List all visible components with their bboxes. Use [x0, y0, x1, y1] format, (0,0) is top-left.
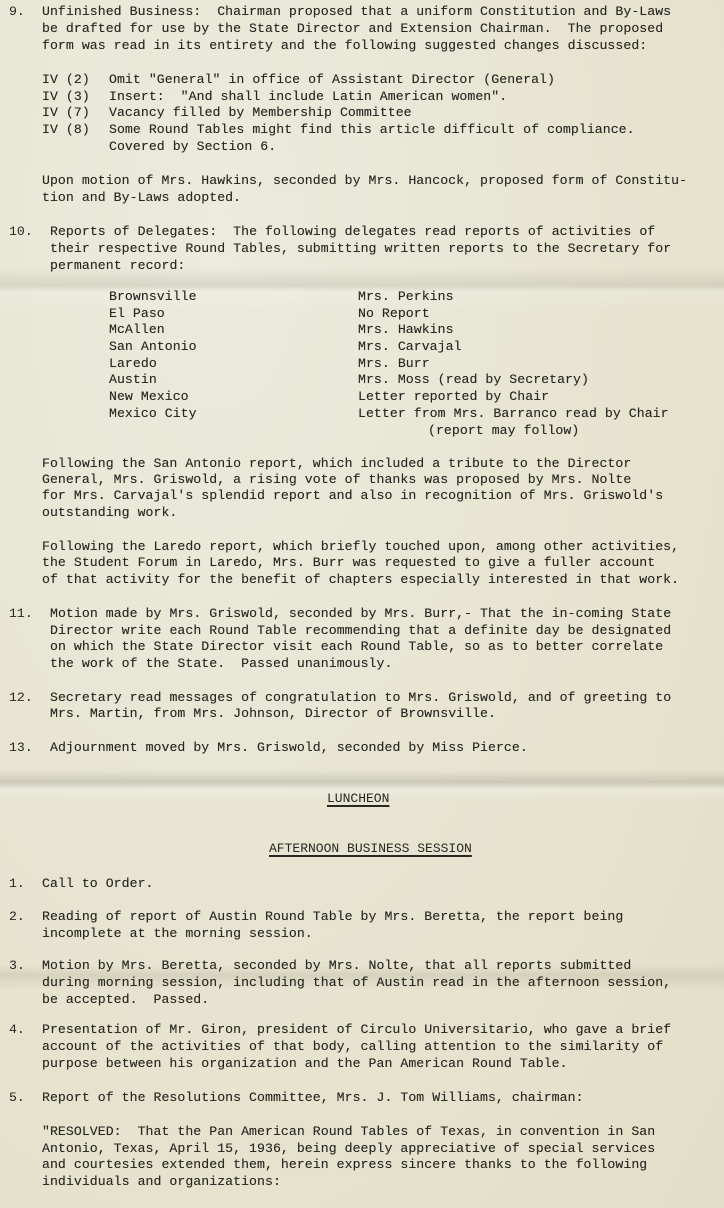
item-number: 2.	[9, 909, 25, 925]
change-text: Vacancy filled by Membership Committee	[109, 105, 412, 121]
paragraph-line: Following the San Antonio report, which …	[42, 456, 631, 472]
delegate-report: Mrs. Carvajal	[358, 339, 462, 355]
resolution-line: individuals and organizations:	[42, 1174, 281, 1190]
item-text-line: their respective Round Tables, submittin…	[50, 241, 671, 257]
resolution-line: "RESOLVED: That the Pan American Round T…	[42, 1124, 655, 1140]
change-text: Insert: "And shall include Latin America…	[109, 89, 507, 105]
delegate-report: Mrs. Moss (read by Secretary)	[358, 372, 589, 388]
delegate-place: Brownsville	[109, 289, 197, 305]
item-text-line: Adjournment moved by Mrs. Griswold, seco…	[50, 740, 528, 756]
item-text-line: Mrs. Martin, from Mrs. Johnson, Director…	[50, 706, 496, 722]
item-text-line: Report of the Resolutions Committee, Mrs…	[42, 1090, 584, 1106]
motion-line: Upon motion of Mrs. Hawkins, seconded by…	[42, 173, 687, 189]
delegate-report: Mrs. Perkins	[358, 289, 454, 305]
delegate-place: San Antonio	[109, 339, 197, 355]
item-number: 13.	[9, 740, 33, 756]
afternoon-session-heading: AFTERNOON BUSINESS SESSION	[269, 841, 472, 857]
paragraph-line: the Student Forum in Laredo, Mrs. Burr w…	[42, 555, 655, 571]
delegate-place: Laredo	[109, 356, 157, 372]
item-text-line: incomplete at the morning session.	[42, 926, 313, 942]
item-text-line: permanent record:	[50, 258, 185, 274]
item-text-line: during morning session, including that o…	[42, 975, 671, 991]
delegate-place: New Mexico	[109, 389, 189, 405]
change-ref: IV (2)	[42, 72, 90, 88]
resolution-line: and courtesies extended them, herein exp…	[42, 1157, 647, 1173]
paragraph-line: General, Mrs. Griswold, a rising vote of…	[42, 472, 631, 488]
delegate-report: Letter reported by Chair	[358, 389, 549, 405]
item-number: 11.	[9, 606, 33, 622]
delegate-place: Mexico City	[109, 406, 197, 422]
item-text-line: purpose between his organization and the…	[42, 1056, 568, 1072]
luncheon-heading: LUNCHEON	[327, 791, 389, 807]
delegate-report: No Report	[358, 306, 430, 322]
item-text-line: on which the State Director visit each R…	[50, 639, 663, 655]
change-ref: IV (7)	[42, 105, 90, 121]
item-text-line: be drafted for use by the State Director…	[42, 21, 663, 37]
item-number: 4.	[9, 1022, 25, 1038]
delegate-place: Austin	[109, 372, 157, 388]
paragraph-line: outstanding work.	[42, 505, 177, 521]
change-text: Some Round Tables might find this articl…	[109, 122, 635, 138]
typewritten-minutes-page: 9. Unfinished Business: Chairman propose…	[0, 0, 724, 1208]
delegate-report: Letter from Mrs. Barranco read by Chair	[358, 406, 669, 422]
paragraph-line: of that activity for the benefit of chap…	[42, 572, 679, 588]
item-text-line: Motion by Mrs. Beretta, seconded by Mrs.…	[42, 958, 631, 974]
change-ref: IV (3)	[42, 89, 90, 105]
item-text-line: Call to Order.	[42, 876, 154, 892]
delegate-report: Mrs. Burr	[358, 356, 430, 372]
change-ref: IV (8)	[42, 122, 90, 138]
item-text-line: Unfinished Business: Chairman proposed t…	[42, 4, 671, 20]
item-text-line: Secretary read messages of congratulatio…	[50, 690, 671, 706]
item-number: 9.	[9, 4, 25, 20]
item-number: 5.	[9, 1090, 25, 1106]
item-text-line: Presentation of Mr. Giron, president of …	[42, 1022, 671, 1038]
item-text-line: Reports of Delegates: The following dele…	[50, 224, 655, 240]
item-number: 10.	[9, 224, 33, 240]
change-continuation: Covered by Section 6.	[109, 139, 276, 155]
item-number: 1.	[9, 876, 25, 892]
item-text-line: form was read in its entirety and the fo…	[42, 38, 647, 54]
resolution-line: Antonio, Texas, April 15, 1936, being de…	[42, 1141, 655, 1157]
item-number: 12.	[9, 690, 33, 706]
item-text-line: the work of the State. Passed unanimousl…	[50, 656, 392, 672]
paragraph-line: for Mrs. Carvajal's splendid report and …	[42, 488, 663, 504]
item-text-line: Reading of report of Austin Round Table …	[42, 909, 623, 925]
delegate-report: Mrs. Hawkins	[358, 322, 454, 338]
paragraph-line: Following the Laredo report, which brief…	[42, 539, 679, 555]
item-text-line: be accepted. Passed.	[42, 992, 209, 1008]
item-text-line: Motion made by Mrs. Griswold, seconded b…	[50, 606, 671, 622]
delegate-place: McAllen	[109, 322, 165, 338]
delegate-place: El Paso	[109, 306, 165, 322]
change-text: Omit "General" in office of Assistant Di…	[109, 72, 555, 88]
item-text-line: account of the activities of that body, …	[42, 1039, 663, 1055]
delegate-note: (report may follow)	[428, 423, 579, 439]
item-number: 3.	[9, 958, 25, 974]
motion-line: tion and By-Laws adopted.	[42, 190, 241, 206]
item-text-line: Director write each Round Table recommen…	[50, 623, 671, 639]
